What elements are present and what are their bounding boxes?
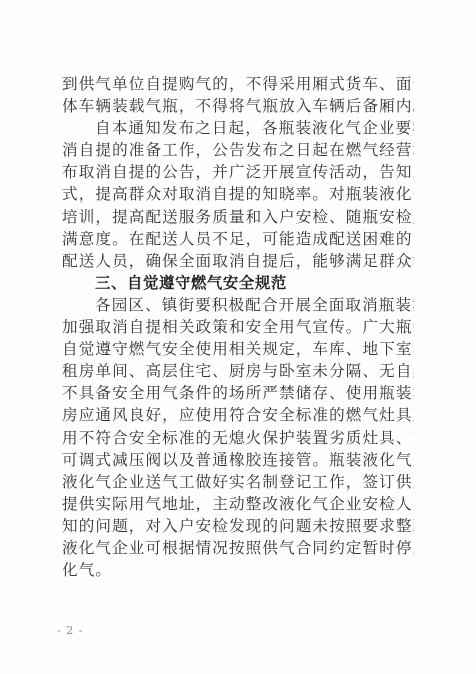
text-line: 式，提高群众对取消自提的知晓率。对瓶装液化气配送人员开展 <box>62 183 414 205</box>
text-line: 可调式减压阀以及普通橡胶连接管。瓶装液化气用户按要求配合 <box>62 449 414 471</box>
text-line: 知的问题，对入户安检发现的问题未按照要求整改到位的用户， <box>62 515 414 537</box>
text-line: 到供气单位自提购气的，不得采用厢式货车、面包车等封闭式厢 <box>62 73 414 95</box>
text-line: 租房单间、高层住宅、厨房与卧室未分隔、无自然通风和采光等 <box>62 360 414 382</box>
text-line: 用不符合安全标准的无熄火保护装置劣质灶具、直排式热水器、 <box>62 427 414 449</box>
text-line: 化气。 <box>62 559 414 581</box>
text-line: 配送人员，确保全面取消自提后，能够满足群众需求。 <box>62 250 414 272</box>
text-line: 各园区、镇街要积极配合开展全面取消瓶装液化气自提工作， <box>62 294 414 316</box>
text-line: 培训，提高配送服务质量和入户安检、随瓶安检质量，提高用户 <box>62 206 414 228</box>
text-line: 液化气企业送气工做好实名制登记工作，签订供用气合同，如实 <box>62 471 414 493</box>
text-line: 加强取消自提相关政策和安全用气宣传。广大瓶装液化气用户要 <box>62 316 414 338</box>
text-line: 满意度。在配送人员不足，可能造成配送困难的区域要积极招聘 <box>62 228 414 250</box>
page-number: - 2 - <box>57 624 83 637</box>
text-line: 自本通知发布之日起，各瓶装液化气企业要积极做好全面取 <box>62 117 414 139</box>
text-line: 自觉遵守燃气安全使用相关规定，车库、地下室、半地下室、出 <box>62 338 414 360</box>
text-line: 不具备安全用气条件的场所严禁储存、使用瓶装液化气，用气厨 <box>62 382 414 404</box>
text-line: 提供实际用气地址，主动整改液化气企业安检人员入户安检后告 <box>62 493 414 515</box>
section-heading: 三、自觉遵守燃气安全规范 <box>62 272 414 294</box>
text-line: 液化气企业可根据情况按照供气合同约定暂时停止供应瓶装液 <box>62 537 414 559</box>
document-page: 到供气单位自提购气的，不得采用厢式货车、面包车等封闭式厢 体车辆装载气瓶，不得将… <box>0 0 476 674</box>
text-line: 布取消自提的公告，并广泛开展宣传活动，告知用户购气订气方 <box>62 161 414 183</box>
text-line: 消自提的准备工作，公告发布之日起在燃气经营场站醒目位置发 <box>62 139 414 161</box>
text-line: 体车辆装载气瓶，不得将气瓶放入车辆后备厢内。 <box>62 95 414 117</box>
document-body: 到供气单位自提购气的，不得采用厢式货车、面包车等封闭式厢 体车辆装载气瓶，不得将… <box>62 73 414 581</box>
text-line: 房应通风良好，应使用符合安全标准的燃气灶具及配件，严禁使 <box>62 404 414 426</box>
